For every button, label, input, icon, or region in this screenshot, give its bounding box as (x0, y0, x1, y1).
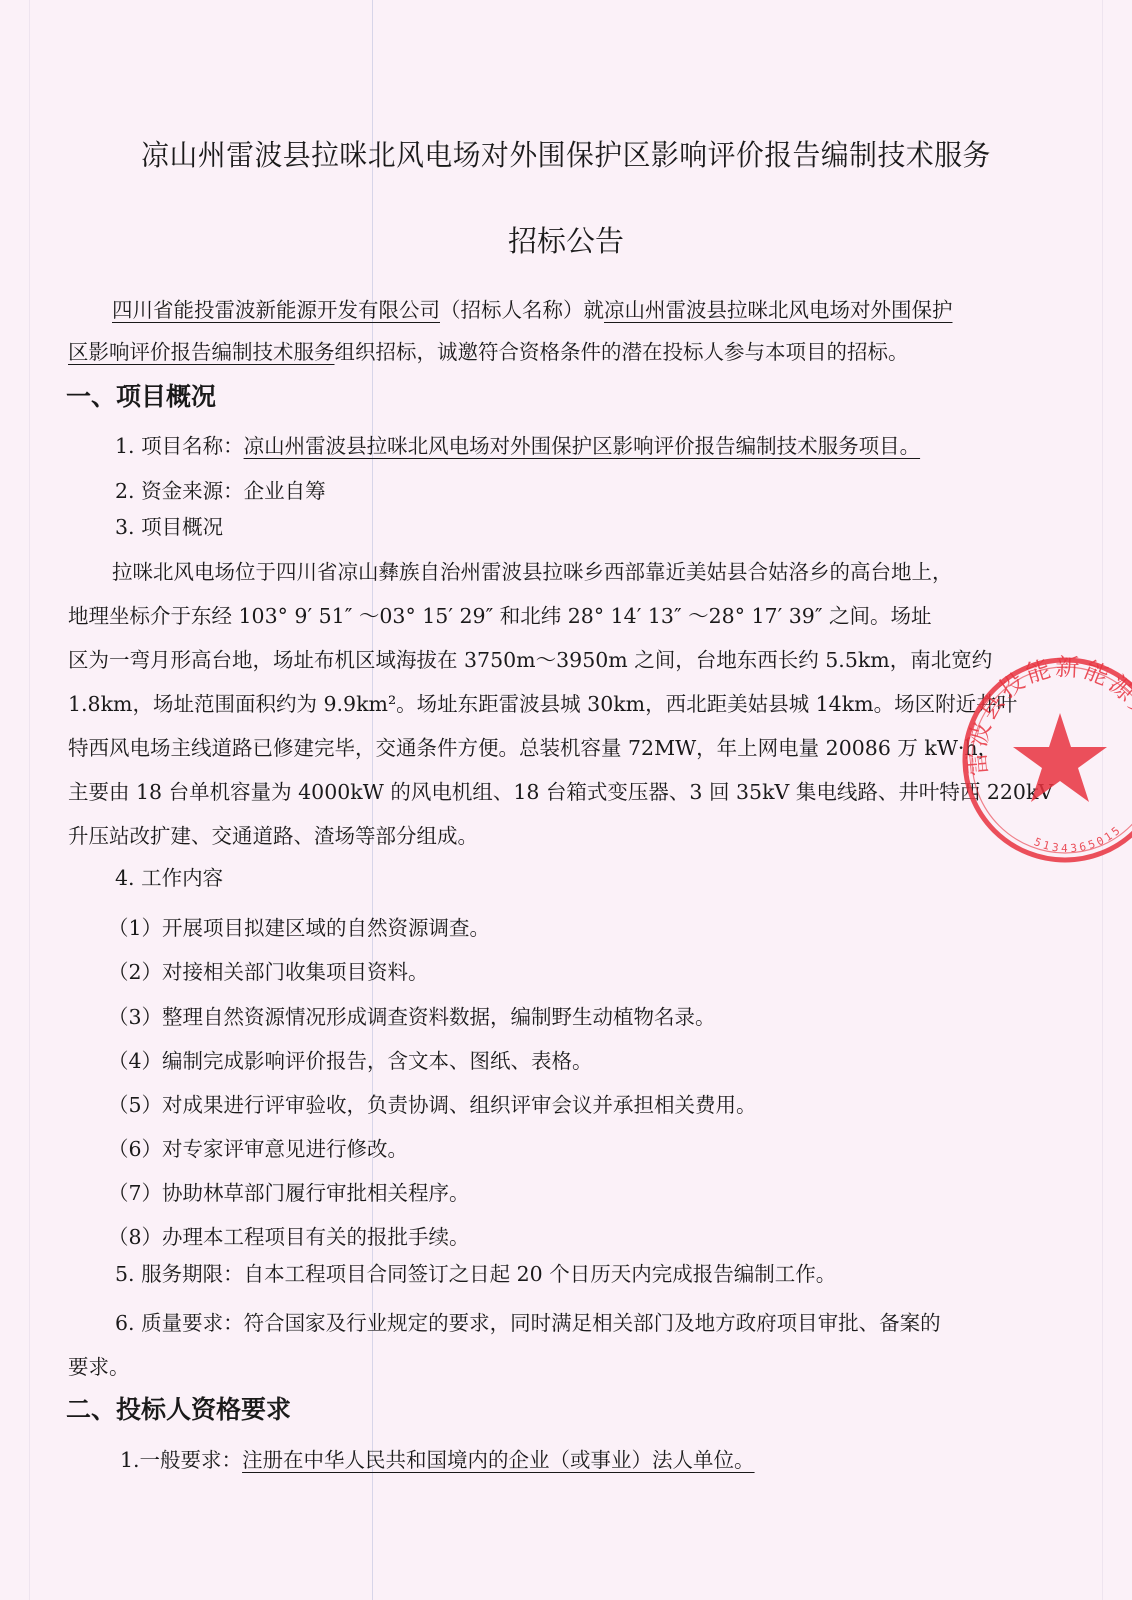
service-period-item: 5. 服务期限：自本工程项目合同签订之日起 20 个日历天内完成报告编制工作。 (115, 1264, 836, 1285)
document-page: 凉山州雷波县拉咪北风电场对外围保护区影响评价报告编制技术服务 招标公告 四川省能… (0, 0, 1132, 1600)
work-item: （8）办理本工程项目有关的报批手续。 (108, 1227, 470, 1248)
overview-item: 3. 项目概况 (115, 517, 223, 538)
intro-line-2: 区影响评价报告编制技术服务组织招标，诚邀符合资格条件的潜在投标人参与本项目的招标… (68, 342, 909, 363)
work-item: （2）对接相关部门收集项目资料。 (108, 962, 429, 983)
intro-rest: 组织招标，诚邀符合资格条件的潜在投标人参与本项目的招标。 (335, 340, 909, 364)
work-item: （4）编制完成影响评价报告，含文本、图纸、表格。 (108, 1051, 593, 1072)
overview-line: 升压站改扩建、交通道路、渣场等部分组成。 (68, 826, 478, 847)
overview-line: 1.8km，场址范围面积约为 9.9km²。场址东距雷波县城 30km，西北距美… (68, 694, 1017, 715)
work-item: （1）开展项目拟建区域的自然资源调查。 (108, 918, 490, 939)
tenderer-note: （招标人名称）就 (440, 298, 604, 322)
document-title: 凉山州雷波县拉咪北风电场对外围保护区影响评价报告编制技术服务 (90, 133, 1042, 174)
quality-item: 6. 质量要求：符合国家及行业规定的要求，同时满足相关部门及地方政府项目审批、备… (115, 1313, 941, 1334)
document-subtitle: 招标公告 (70, 219, 1062, 260)
general-requirement-value: 注册在中华人民共和国境内的企业（或事业）法人单位。 (242, 1448, 755, 1472)
section-heading-1: 一、项目概况 (66, 377, 216, 413)
project-name-value: 凉山州雷波县拉咪北风电场对外围保护区影响评价报告编制技术服务项目。 (244, 434, 921, 458)
project-name-part2: 区影响评价报告编制技术服务 (68, 340, 335, 364)
project-name-item: 1. 项目名称：凉山州雷波县拉咪北风电场对外围保护区影响评价报告编制技术服务项目… (115, 436, 920, 457)
intro-line-1: 四川省能投雷波新能源开发有限公司（招标人名称）就凉山州雷波县拉咪北风电场对外围保… (112, 300, 953, 321)
company-seal-stamp: 雷波县投能新能源开发 5134365015 (960, 655, 1132, 865)
quality-item-cont: 要求。 (68, 1357, 130, 1378)
work-item: （6）对专家评审意见进行修改。 (108, 1139, 408, 1160)
section-heading-2: 二、投标人资格要求 (66, 1390, 291, 1426)
project-name-label: 1. 项目名称： (115, 434, 244, 458)
overview-line: 拉咪北风电场位于四川省凉山彝族自治州雷波县拉咪乡西部靠近美姑县合姑洛乡的高台地上… (112, 562, 953, 583)
project-name-part1: 凉山州雷波县拉咪北风电场对外围保护 (604, 298, 953, 322)
general-requirement-label: 1.一般要求： (120, 1448, 242, 1472)
overview-line: 特西风电场主线道路已修建完毕，交通条件方便。总装机容量 72MW，年上网电量 2… (68, 738, 998, 759)
work-content-item: 4. 工作内容 (115, 868, 223, 889)
overview-line: 区为一弯月形高台地，场址布机区域海拔在 3750m～3950m 之间，台地东西长… (68, 650, 992, 671)
work-item: （5）对成果进行评审验收，负责协调、组织评审会议并承担相关费用。 (108, 1095, 757, 1116)
funding-item: 2. 资金来源：企业自筹 (115, 481, 326, 502)
work-item: （7）协助林草部门履行审批相关程序。 (108, 1183, 470, 1204)
overview-line: 地理坐标介于东经 103° 9′ 51″ ～03° 15′ 29″ 和北纬 28… (68, 606, 932, 627)
overview-line: 主要由 18 台单机容量为 4000kW 的风电机组、18 台箱式变压器、3 回… (68, 782, 1053, 803)
tenderer-name: 四川省能投雷波新能源开发有限公司 (112, 298, 440, 322)
general-requirement-item: 1.一般要求：注册在中华人民共和国境内的企业（或事业）法人单位。 (120, 1450, 755, 1471)
seal-icon: 雷波县投能新能源开发 5134365015 (960, 655, 1132, 865)
work-item: （3）整理自然资源情况形成调查资料数据，编制野生动植物名录。 (108, 1007, 716, 1028)
